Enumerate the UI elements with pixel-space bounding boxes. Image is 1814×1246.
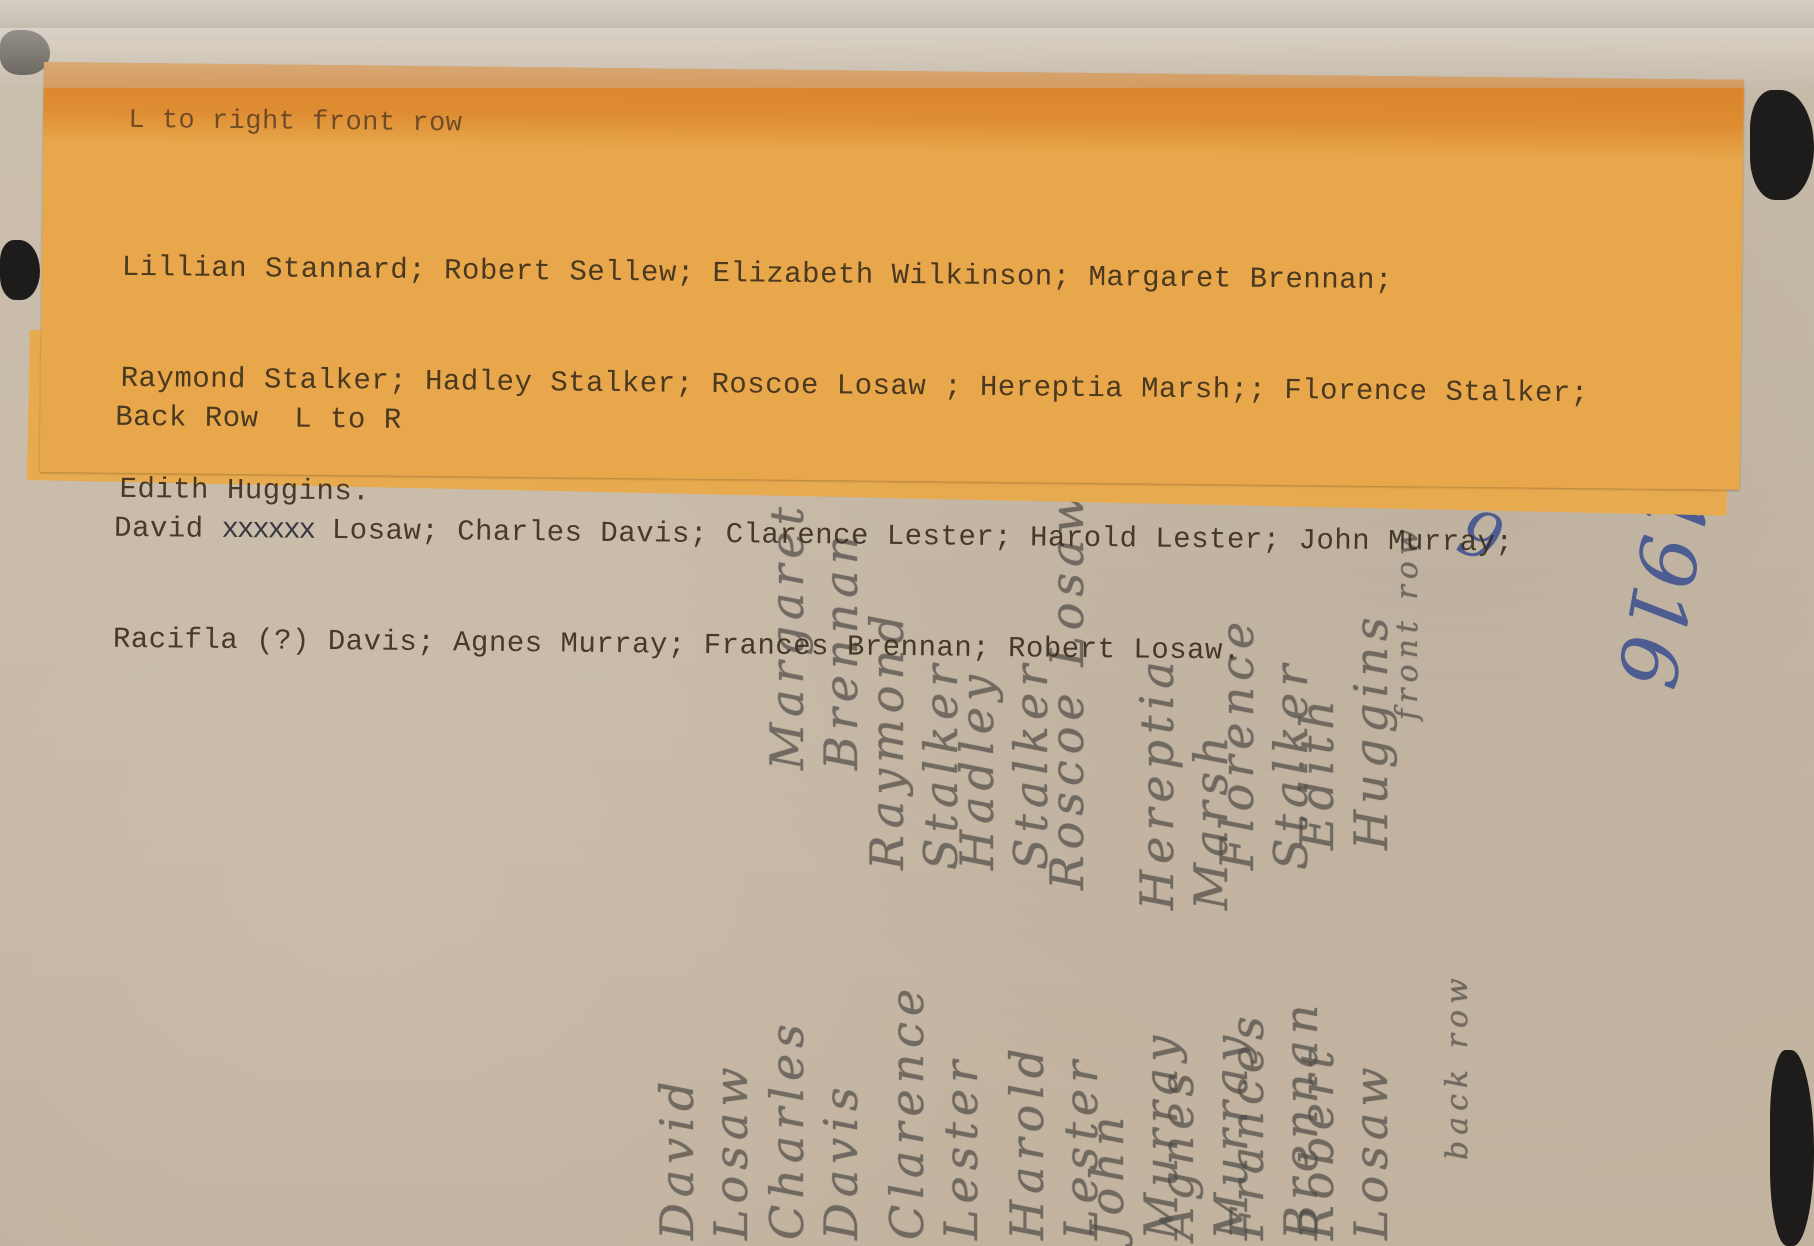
back-row-heading: Back Row L to R	[115, 399, 1515, 451]
pencil-note: back row	[1440, 960, 1475, 1160]
typed-label: L to right front row Lillian Stannard; R…	[40, 62, 1744, 490]
pencil-note: David Losaw	[650, 960, 758, 1240]
back-row-prefix: David	[114, 512, 222, 546]
label-header: L to right front row	[128, 103, 462, 143]
front-row-line: Lillian Stannard; Robert Sellew; Elizabe…	[122, 249, 1590, 301]
back-row-names: Back Row L to R David xxxxxx Losaw; Char…	[112, 325, 1516, 747]
black-mark	[1750, 90, 1814, 200]
pencil-note: Harold Lester	[1000, 990, 1108, 1240]
struck-text: xxxxxx	[221, 513, 314, 547]
tape-strip	[0, 28, 1814, 88]
pencil-note: Charles Davis	[760, 960, 868, 1240]
back-row-line: Racifla (?) Davis; Agnes Murray; Frances…	[113, 621, 1513, 673]
pencil-note: Clarence Lester	[880, 990, 988, 1240]
back-row-rest: Losaw; Charles Davis; Clarence Lester; H…	[314, 514, 1514, 560]
black-mark	[0, 240, 40, 300]
back-row-line: David xxxxxx Losaw; Charles Davis; Clare…	[114, 510, 1514, 562]
